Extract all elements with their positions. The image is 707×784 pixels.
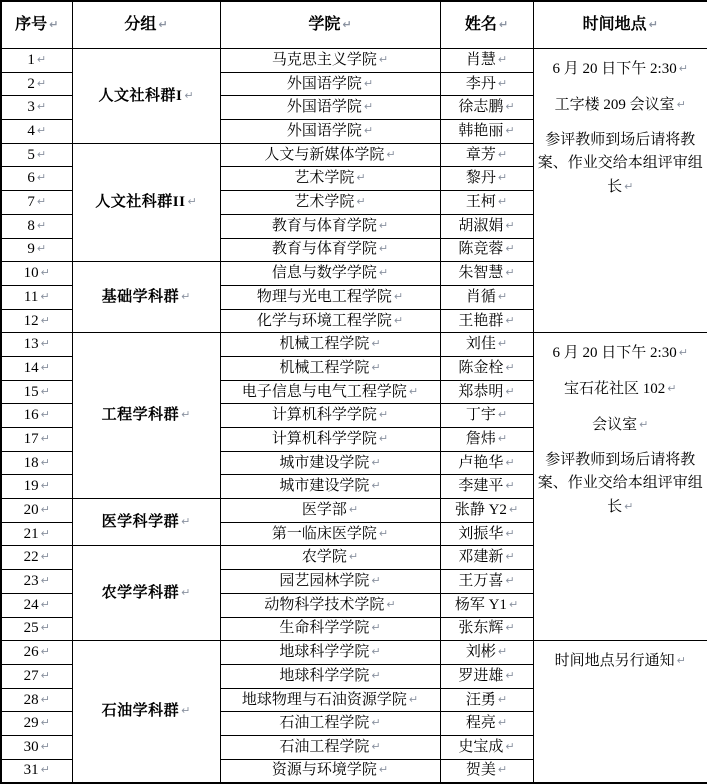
paragraph-mark-icon: ↵ bbox=[41, 740, 50, 753]
paragraph-mark-icon: ↵ bbox=[505, 574, 514, 587]
header-cell-college: 学院↵ bbox=[220, 1, 440, 49]
row-number-cell: 11↵ bbox=[1, 285, 72, 309]
row-number-cell-text: 6 bbox=[27, 170, 35, 186]
college-cell: 电子信息与电气工程学院↵ bbox=[220, 380, 440, 404]
paragraph-mark-icon: ↵ bbox=[498, 337, 507, 350]
paragraph-mark-icon: ↵ bbox=[498, 432, 507, 445]
name-cell-text: 陈竞蓉 bbox=[458, 241, 503, 257]
paragraph-mark-icon: ↵ bbox=[379, 527, 388, 540]
name-cell: 胡淑娟↵ bbox=[440, 214, 533, 238]
paragraph-mark-icon: ↵ bbox=[371, 361, 380, 374]
paragraph-mark-icon: ↵ bbox=[37, 219, 46, 232]
paragraph-mark-icon: ↵ bbox=[41, 621, 50, 634]
name-cell-text: 丁宇 bbox=[466, 407, 496, 423]
row-number-cell: 2↵ bbox=[1, 72, 72, 96]
college-cell: 石油工程学院↵ bbox=[220, 712, 440, 736]
name-cell-text: 黎丹 bbox=[466, 170, 496, 186]
paragraph-mark-icon: ↵ bbox=[498, 195, 507, 208]
paragraph-mark-icon: ↵ bbox=[394, 290, 403, 303]
paragraph-mark-icon: ↵ bbox=[409, 693, 418, 706]
paragraph-mark-icon: ↵ bbox=[41, 763, 50, 776]
name-cell: 张东辉↵ bbox=[440, 617, 533, 641]
time-place-line-text: 会议室 bbox=[592, 417, 637, 433]
college-cell: 生命科学学院↵ bbox=[220, 617, 440, 641]
paragraph-mark-icon: ↵ bbox=[371, 740, 380, 753]
name-cell: 李丹↵ bbox=[440, 72, 533, 96]
college-cell-text: 医学部 bbox=[302, 502, 347, 518]
college-cell: 医学部↵ bbox=[220, 499, 440, 523]
row-number-cell-text: 5 bbox=[27, 147, 35, 163]
paragraph-mark-icon: ↵ bbox=[386, 598, 395, 611]
name-cell-text: 卢艳华 bbox=[458, 455, 503, 471]
name-cell: 贺美↵ bbox=[440, 759, 533, 783]
time-place-line-text: 参评教师到场后请将教案、作业交给本组评审组长 bbox=[538, 132, 703, 195]
paragraph-mark-icon: ↵ bbox=[505, 124, 514, 137]
row-number-cell-text: 11 bbox=[24, 289, 38, 305]
paragraph-mark-icon: ↵ bbox=[677, 654, 686, 667]
name-cell-text: 程亮 bbox=[466, 715, 496, 731]
row-number-cell-text: 24 bbox=[24, 597, 39, 613]
paragraph-mark-icon: ↵ bbox=[41, 598, 50, 611]
paragraph-mark-icon: ↵ bbox=[49, 18, 58, 31]
row-number-cell-text: 22 bbox=[24, 549, 39, 565]
paragraph-mark-icon: ↵ bbox=[41, 716, 50, 729]
college-cell: 动物科学技术学院↵ bbox=[220, 593, 440, 617]
row-number-cell-text: 10 bbox=[24, 265, 39, 281]
name-cell-text: 章芳 bbox=[466, 147, 496, 163]
paragraph-mark-icon: ↵ bbox=[364, 124, 373, 137]
paragraph-mark-icon: ↵ bbox=[37, 148, 46, 161]
table-row: 1↵人文社科群I↵马克思主义学院↵肖慧↵6 月 20 日下午 2:30↵工字楼 … bbox=[1, 49, 707, 73]
name-cell-text: 李丹 bbox=[466, 76, 496, 92]
row-number-cell: 28↵ bbox=[1, 688, 72, 712]
college-cell: 石油工程学院↵ bbox=[220, 735, 440, 759]
paragraph-mark-icon: ↵ bbox=[509, 503, 518, 516]
college-cell-text: 动物科学技术学院 bbox=[264, 597, 384, 613]
paragraph-mark-icon: ↵ bbox=[349, 550, 358, 563]
college-cell: 外国语学院↵ bbox=[220, 96, 440, 120]
paragraph-mark-icon: ↵ bbox=[505, 550, 514, 563]
row-number-cell: 25↵ bbox=[1, 617, 72, 641]
paragraph-mark-icon: ↵ bbox=[667, 382, 676, 395]
college-cell: 人文与新媒体学院↵ bbox=[220, 143, 440, 167]
row-number-cell: 26↵ bbox=[1, 641, 72, 665]
paragraph-mark-icon: ↵ bbox=[371, 645, 380, 658]
college-cell: 机械工程学院↵ bbox=[220, 356, 440, 380]
paragraph-mark-icon: ↵ bbox=[649, 18, 658, 31]
row-number-cell-text: 3 bbox=[27, 99, 35, 115]
college-cell-text: 城市建设学院 bbox=[279, 478, 369, 494]
name-cell: 黎丹↵ bbox=[440, 167, 533, 191]
name-cell-text: 李建平 bbox=[458, 478, 503, 494]
name-cell-text: 刘振华 bbox=[458, 526, 503, 542]
paragraph-mark-icon: ↵ bbox=[371, 669, 380, 682]
college-cell-text: 物理与光电工程学院 bbox=[257, 289, 392, 305]
paragraph-mark-icon: ↵ bbox=[371, 716, 380, 729]
college-cell: 艺术学院↵ bbox=[220, 191, 440, 215]
name-cell-text: 徐志鹏 bbox=[458, 99, 503, 115]
table-row: 26↵石油学科群↵地球科学学院↵刘彬↵时间地点另行通知↵ bbox=[1, 641, 707, 665]
name-cell-text: 汪勇 bbox=[466, 692, 496, 708]
paragraph-mark-icon: ↵ bbox=[639, 418, 648, 431]
group-cell: 人文社科群II↵ bbox=[72, 143, 220, 261]
time-place-line: 时间地点另行通知↵ bbox=[538, 649, 704, 673]
paragraph-mark-icon: ↵ bbox=[371, 456, 380, 469]
group-cell: 农学学科群↵ bbox=[72, 546, 220, 641]
group-cell: 石油学科群↵ bbox=[72, 641, 220, 783]
paragraph-mark-icon: ↵ bbox=[41, 314, 50, 327]
name-cell: 詹炜↵ bbox=[440, 428, 533, 452]
time-place-line-text: 6 月 20 日下午 2:30 bbox=[553, 61, 677, 77]
row-number-cell-text: 30 bbox=[24, 739, 39, 755]
group-cell-text: 基础学科群 bbox=[102, 289, 180, 305]
row-number-cell: 16↵ bbox=[1, 404, 72, 428]
paragraph-mark-icon: ↵ bbox=[505, 385, 514, 398]
paragraph-mark-icon: ↵ bbox=[498, 408, 507, 421]
name-cell-text: 郑恭明 bbox=[458, 384, 503, 400]
evaluation-schedule-table: 序号↵ 分组↵ 学院↵ 姓名↵ 时间地点↵ 1↵人文社科群I↵马克思主义学院↵肖… bbox=[0, 0, 707, 784]
paragraph-mark-icon: ↵ bbox=[498, 716, 507, 729]
name-cell: 邓建新↵ bbox=[440, 546, 533, 570]
paragraph-mark-icon: ↵ bbox=[364, 77, 373, 90]
paragraph-mark-icon: ↵ bbox=[37, 100, 46, 113]
name-cell: 丁宇↵ bbox=[440, 404, 533, 428]
college-cell: 外国语学院↵ bbox=[220, 72, 440, 96]
college-cell-text: 农学院 bbox=[302, 549, 347, 565]
paragraph-mark-icon: ↵ bbox=[505, 100, 514, 113]
paragraph-mark-icon: ↵ bbox=[41, 337, 50, 350]
name-cell: 汪勇↵ bbox=[440, 688, 533, 712]
time-place-cell: 6 月 20 日下午 2:30↵宝石花社区 102↵会议室↵参评教师到场后请将教… bbox=[533, 333, 707, 641]
name-cell: 程亮↵ bbox=[440, 712, 533, 736]
row-number-cell: 22↵ bbox=[1, 546, 72, 570]
table-body: 1↵人文社科群I↵马克思主义学院↵肖慧↵6 月 20 日下午 2:30↵工字楼 … bbox=[1, 49, 707, 784]
group-cell-text: 石油学科群 bbox=[102, 703, 180, 719]
paragraph-mark-icon: ↵ bbox=[356, 171, 365, 184]
name-cell: 王万喜↵ bbox=[440, 570, 533, 594]
time-place-line: 6 月 20 日下午 2:30↵ bbox=[538, 57, 704, 81]
group-cell: 人文社科群I↵ bbox=[72, 49, 220, 144]
row-number-cell-text: 13 bbox=[24, 336, 39, 352]
name-cell-text: 邓建新 bbox=[458, 549, 503, 565]
college-cell: 园艺园林学院↵ bbox=[220, 570, 440, 594]
row-number-cell: 1↵ bbox=[1, 49, 72, 73]
paragraph-mark-icon: ↵ bbox=[624, 180, 633, 193]
college-cell: 物理与光电工程学院↵ bbox=[220, 285, 440, 309]
time-place-line: 6 月 20 日下午 2:30↵ bbox=[538, 341, 704, 365]
college-cell-text: 外国语学院 bbox=[287, 123, 362, 139]
name-cell: 王柯↵ bbox=[440, 191, 533, 215]
header-cell-time: 时间地点↵ bbox=[533, 1, 707, 49]
name-cell: 罗进雄↵ bbox=[440, 664, 533, 688]
college-cell-text: 人文与新媒体学院 bbox=[264, 147, 384, 163]
paragraph-mark-icon: ↵ bbox=[505, 314, 514, 327]
college-cell-text: 信息与数学学院 bbox=[272, 265, 377, 281]
name-cell-text: 王艳群 bbox=[458, 313, 503, 329]
paragraph-mark-icon: ↵ bbox=[37, 171, 46, 184]
college-cell: 计算机科学学院↵ bbox=[220, 428, 440, 452]
row-number-cell-text: 31 bbox=[24, 762, 39, 778]
row-number-cell-text: 26 bbox=[24, 644, 39, 660]
paragraph-mark-icon: ↵ bbox=[364, 100, 373, 113]
paragraph-mark-icon: ↵ bbox=[41, 385, 50, 398]
paragraph-mark-icon: ↵ bbox=[41, 693, 50, 706]
name-cell: 肖循↵ bbox=[440, 285, 533, 309]
college-cell-text: 石油工程学院 bbox=[279, 715, 369, 731]
paragraph-mark-icon: ↵ bbox=[624, 500, 633, 513]
paragraph-mark-icon: ↵ bbox=[379, 408, 388, 421]
paragraph-mark-icon: ↵ bbox=[505, 361, 514, 374]
paragraph-mark-icon: ↵ bbox=[37, 242, 46, 255]
college-cell-text: 艺术学院 bbox=[294, 170, 354, 186]
college-cell: 农学院↵ bbox=[220, 546, 440, 570]
name-cell: 郑恭明↵ bbox=[440, 380, 533, 404]
row-number-cell: 13↵ bbox=[1, 333, 72, 357]
time-place-line: 工字楼 209 会议室↵ bbox=[538, 93, 704, 117]
paragraph-mark-icon: ↵ bbox=[379, 219, 388, 232]
college-cell: 地球物理与石油资源学院↵ bbox=[220, 688, 440, 712]
group-cell-text: 人文社科群I bbox=[98, 88, 182, 104]
paragraph-mark-icon: ↵ bbox=[41, 503, 50, 516]
header-time-label: 时间地点 bbox=[583, 16, 647, 33]
paragraph-mark-icon: ↵ bbox=[379, 242, 388, 255]
college-cell-text: 外国语学院 bbox=[287, 99, 362, 115]
paragraph-mark-icon: ↵ bbox=[505, 740, 514, 753]
name-cell: 韩艳丽↵ bbox=[440, 120, 533, 144]
row-number-cell-text: 1 bbox=[27, 52, 35, 68]
row-number-cell-text: 20 bbox=[24, 502, 39, 518]
paragraph-mark-icon: ↵ bbox=[498, 53, 507, 66]
row-number-cell: 18↵ bbox=[1, 451, 72, 475]
row-number-cell: 6↵ bbox=[1, 167, 72, 191]
paragraph-mark-icon: ↵ bbox=[181, 515, 190, 528]
name-cell-text: 刘佳 bbox=[466, 336, 496, 352]
name-cell-text: 张东辉 bbox=[458, 620, 503, 636]
row-number-cell: 31↵ bbox=[1, 759, 72, 783]
college-cell-text: 艺术学院 bbox=[294, 194, 354, 210]
time-place-cell: 时间地点另行通知↵ bbox=[533, 641, 707, 783]
row-number-cell: 29↵ bbox=[1, 712, 72, 736]
row-number-cell: 21↵ bbox=[1, 522, 72, 546]
name-cell: 章芳↵ bbox=[440, 143, 533, 167]
group-cell-text: 医学科学群 bbox=[102, 514, 180, 530]
row-number-cell-text: 25 bbox=[24, 620, 39, 636]
college-cell: 第一临床医学院↵ bbox=[220, 522, 440, 546]
row-number-cell-text: 14 bbox=[24, 360, 39, 376]
header-group-label: 分组 bbox=[124, 16, 156, 33]
group-cell-text: 工程学科群 bbox=[102, 407, 180, 423]
name-cell-text: 朱智慧 bbox=[458, 265, 503, 281]
time-place-line: 会议室↵ bbox=[538, 413, 704, 437]
row-number-cell: 14↵ bbox=[1, 356, 72, 380]
college-cell-text: 城市建设学院 bbox=[279, 455, 369, 471]
college-cell: 地球科学学院↵ bbox=[220, 641, 440, 665]
paragraph-mark-icon: ↵ bbox=[386, 148, 395, 161]
row-number-cell-text: 27 bbox=[24, 668, 39, 684]
paragraph-mark-icon: ↵ bbox=[181, 704, 190, 717]
paragraph-mark-icon: ↵ bbox=[37, 195, 46, 208]
time-place-line: 参评教师到场后请将教案、作业交给本组评审组长↵ bbox=[538, 449, 704, 519]
college-cell-text: 机械工程学院 bbox=[279, 360, 369, 376]
name-cell-text: 杨军 Y1 bbox=[455, 597, 507, 613]
name-cell-text: 王万喜 bbox=[458, 573, 503, 589]
name-cell: 徐志鹏↵ bbox=[440, 96, 533, 120]
paragraph-mark-icon: ↵ bbox=[41, 669, 50, 682]
college-cell: 计算机科学学院↵ bbox=[220, 404, 440, 428]
paragraph-mark-icon: ↵ bbox=[505, 456, 514, 469]
time-place-line: 宝石花社区 102↵ bbox=[538, 377, 704, 401]
college-cell-text: 马克思主义学院 bbox=[272, 52, 377, 68]
name-cell: 张静 Y2↵ bbox=[440, 499, 533, 523]
name-cell: 刘彬↵ bbox=[440, 641, 533, 665]
paragraph-mark-icon: ↵ bbox=[505, 621, 514, 634]
college-cell: 艺术学院↵ bbox=[220, 167, 440, 191]
paragraph-mark-icon: ↵ bbox=[41, 408, 50, 421]
college-cell: 资源与环境学院↵ bbox=[220, 759, 440, 783]
header-row: 序号↵ 分组↵ 学院↵ 姓名↵ 时间地点↵ bbox=[1, 1, 707, 49]
paragraph-mark-icon: ↵ bbox=[41, 645, 50, 658]
row-number-cell-text: 15 bbox=[24, 384, 39, 400]
paragraph-mark-icon: ↵ bbox=[181, 290, 190, 303]
college-cell: 城市建设学院↵ bbox=[220, 475, 440, 499]
paragraph-mark-icon: ↵ bbox=[505, 266, 514, 279]
row-number-cell-text: 29 bbox=[24, 715, 39, 731]
name-cell-text: 陈金栓 bbox=[458, 360, 503, 376]
college-cell: 外国语学院↵ bbox=[220, 120, 440, 144]
paragraph-mark-icon: ↵ bbox=[505, 479, 514, 492]
row-number-cell-text: 8 bbox=[27, 218, 35, 234]
name-cell-text: 张静 Y2 bbox=[455, 502, 507, 518]
group-cell: 基础学科群↵ bbox=[72, 262, 220, 333]
name-cell: 朱智慧↵ bbox=[440, 262, 533, 286]
paragraph-mark-icon: ↵ bbox=[371, 621, 380, 634]
row-number-cell: 24↵ bbox=[1, 593, 72, 617]
college-cell-text: 电子信息与电气工程学院 bbox=[242, 384, 407, 400]
time-place-line-text: 时间地点另行通知 bbox=[555, 653, 675, 669]
paragraph-mark-icon: ↵ bbox=[379, 432, 388, 445]
row-number-cell-text: 9 bbox=[27, 241, 35, 257]
college-cell: 信息与数学学院↵ bbox=[220, 262, 440, 286]
paragraph-mark-icon: ↵ bbox=[371, 574, 380, 587]
group-cell-text: 农学学科群 bbox=[102, 585, 180, 601]
college-cell: 城市建设学院↵ bbox=[220, 451, 440, 475]
college-cell: 地球科学学院↵ bbox=[220, 664, 440, 688]
row-number-cell: 4↵ bbox=[1, 120, 72, 144]
name-cell: 杨军 Y1↵ bbox=[440, 593, 533, 617]
paragraph-mark-icon: ↵ bbox=[37, 53, 46, 66]
paragraph-mark-icon: ↵ bbox=[677, 98, 686, 111]
row-number-cell: 3↵ bbox=[1, 96, 72, 120]
header-cell-group: 分组↵ bbox=[72, 1, 220, 49]
college-cell-text: 外国语学院 bbox=[287, 76, 362, 92]
name-cell: 刘振华↵ bbox=[440, 522, 533, 546]
table-row: 13↵工程学科群↵机械工程学院↵刘佳↵6 月 20 日下午 2:30↵宝石花社区… bbox=[1, 333, 707, 357]
paragraph-mark-icon: ↵ bbox=[379, 763, 388, 776]
college-cell-text: 资源与环境学院 bbox=[272, 762, 377, 778]
row-number-cell-text: 2 bbox=[27, 76, 35, 92]
row-number-cell: 30↵ bbox=[1, 735, 72, 759]
paragraph-mark-icon: ↵ bbox=[679, 62, 688, 75]
college-cell-text: 计算机科学学院 bbox=[272, 431, 377, 447]
name-cell-text: 史宝成 bbox=[458, 739, 503, 755]
header-cell-no: 序号↵ bbox=[1, 1, 72, 49]
row-number-cell-text: 18 bbox=[24, 455, 39, 471]
row-number-cell: 7↵ bbox=[1, 191, 72, 215]
name-cell: 陈金栓↵ bbox=[440, 356, 533, 380]
row-number-cell: 17↵ bbox=[1, 428, 72, 452]
row-number-cell: 5↵ bbox=[1, 143, 72, 167]
row-number-cell-text: 12 bbox=[24, 313, 39, 329]
row-number-cell: 9↵ bbox=[1, 238, 72, 262]
header-no-label: 序号 bbox=[15, 16, 47, 33]
college-cell-text: 教育与体育学院 bbox=[272, 218, 377, 234]
college-cell-text: 机械工程学院 bbox=[279, 336, 369, 352]
paragraph-mark-icon: ↵ bbox=[184, 89, 193, 102]
row-number-cell: 15↵ bbox=[1, 380, 72, 404]
college-cell-text: 计算机科学学院 bbox=[272, 407, 377, 423]
row-number-cell-text: 19 bbox=[24, 478, 39, 494]
paragraph-mark-icon: ↵ bbox=[498, 693, 507, 706]
group-cell: 医学科学群↵ bbox=[72, 499, 220, 546]
college-cell-text: 石油工程学院 bbox=[279, 739, 369, 755]
paragraph-mark-icon: ↵ bbox=[505, 242, 514, 255]
college-cell-text: 地球科学学院 bbox=[279, 644, 369, 660]
row-number-cell-text: 17 bbox=[24, 431, 39, 447]
paragraph-mark-icon: ↵ bbox=[41, 574, 50, 587]
college-cell-text: 生命科学学院 bbox=[279, 620, 369, 636]
college-cell-text: 教育与体育学院 bbox=[272, 241, 377, 257]
college-cell: 机械工程学院↵ bbox=[220, 333, 440, 357]
paragraph-mark-icon: ↵ bbox=[342, 18, 351, 31]
college-cell-text: 地球物理与石油资源学院 bbox=[242, 692, 407, 708]
row-number-cell-text: 21 bbox=[24, 526, 39, 542]
college-cell-text: 地球科学学院 bbox=[279, 668, 369, 684]
paragraph-mark-icon: ↵ bbox=[499, 18, 508, 31]
group-cell-text: 人文社科群II bbox=[95, 194, 185, 210]
group-cell: 工程学科群↵ bbox=[72, 333, 220, 499]
row-number-cell: 8↵ bbox=[1, 214, 72, 238]
paragraph-mark-icon: ↵ bbox=[379, 53, 388, 66]
paragraph-mark-icon: ↵ bbox=[394, 314, 403, 327]
college-cell-text: 化学与环境工程学院 bbox=[257, 313, 392, 329]
paragraph-mark-icon: ↵ bbox=[181, 408, 190, 421]
name-cell: 刘佳↵ bbox=[440, 333, 533, 357]
paragraph-mark-icon: ↵ bbox=[379, 266, 388, 279]
name-cell-text: 刘彬 bbox=[466, 644, 496, 660]
time-place-cell: 6 月 20 日下午 2:30↵工字楼 209 会议室↵参评教师到场后请将教案、… bbox=[533, 49, 707, 333]
paragraph-mark-icon: ↵ bbox=[679, 346, 688, 359]
paragraph-mark-icon: ↵ bbox=[187, 195, 196, 208]
paragraph-mark-icon: ↵ bbox=[41, 527, 50, 540]
name-cell: 陈竞蓉↵ bbox=[440, 238, 533, 262]
paragraph-mark-icon: ↵ bbox=[41, 432, 50, 445]
row-number-cell-text: 23 bbox=[24, 573, 39, 589]
paragraph-mark-icon: ↵ bbox=[41, 456, 50, 469]
name-cell-text: 罗进雄 bbox=[458, 668, 503, 684]
paragraph-mark-icon: ↵ bbox=[371, 479, 380, 492]
college-cell: 教育与体育学院↵ bbox=[220, 238, 440, 262]
row-number-cell-text: 16 bbox=[24, 407, 39, 423]
paragraph-mark-icon: ↵ bbox=[356, 195, 365, 208]
name-cell-text: 王柯 bbox=[466, 194, 496, 210]
paragraph-mark-icon: ↵ bbox=[37, 77, 46, 90]
row-number-cell: 23↵ bbox=[1, 570, 72, 594]
name-cell-text: 詹炜 bbox=[466, 431, 496, 447]
paragraph-mark-icon: ↵ bbox=[158, 18, 167, 31]
name-cell-text: 胡淑娟 bbox=[458, 218, 503, 234]
row-number-cell-text: 28 bbox=[24, 692, 39, 708]
paragraph-mark-icon: ↵ bbox=[505, 669, 514, 682]
